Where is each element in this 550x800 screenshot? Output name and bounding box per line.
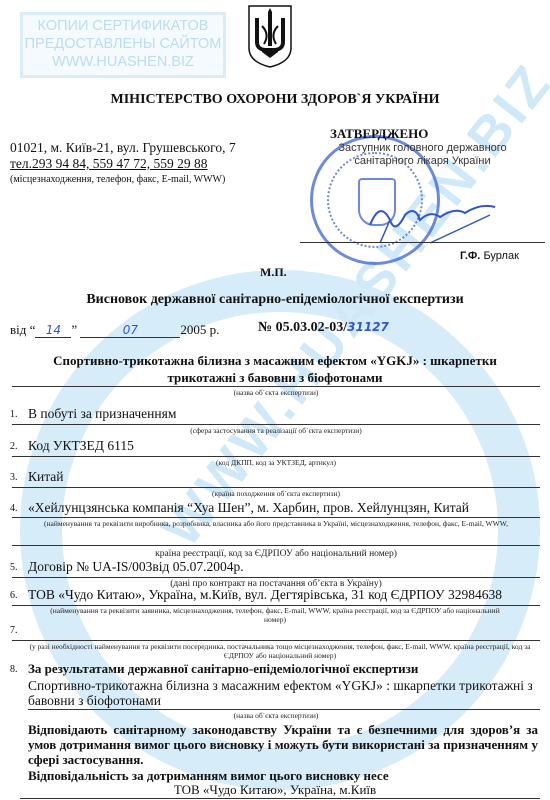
number-handwritten: 31127 <box>347 320 389 334</box>
ministry-address: 01021, м. Київ-21, вул. Грушевського, 7 … <box>10 140 236 188</box>
product-line: Спортивно-трикотажна білизна з масажним … <box>0 352 550 369</box>
divider <box>12 424 540 425</box>
address-caption: (місцезнаходження, телефон, факс, E-mail… <box>10 172 236 188</box>
product-caption: (назва об`єкта експертизи) <box>12 388 540 397</box>
watermark-line: ПРЕДОСТАВЛЕНЫ САЙТОМ <box>23 35 223 53</box>
conclusion-text: Відповідають санітарному законодавству У… <box>28 722 538 767</box>
item-number: 5. <box>10 562 18 573</box>
watermark-line: КОПИИ СЕРТИФИКАТОВ <box>23 17 223 35</box>
responsibility-label: Відповідальність за дотриманням вимог ць… <box>28 768 538 783</box>
item-value: Спортивно-трикотажна білизна з масажним … <box>28 678 540 708</box>
ministry-heading: МІНІСТЕРСТВО ОХОРОНИ ЗДОРОВ`Я УКРАЇНИ <box>0 92 550 108</box>
signer-name: Бурлак <box>483 250 518 262</box>
item-value: Договір № UA-IS/003від 05.07.2004р. <box>28 559 244 575</box>
trident-icon <box>246 4 294 68</box>
item-value: Китай <box>28 469 64 485</box>
item-number: 8. <box>10 664 18 675</box>
divider <box>12 640 540 641</box>
watermark-line: WWW.HUASHEN.BIZ <box>23 53 223 71</box>
divider <box>12 577 540 578</box>
item-heading: За результатами державної санітарно-епід… <box>28 661 418 677</box>
approved-label: ЗАТВЕРДЖЕНО <box>330 126 428 142</box>
document-title: Висновок державної санітарно-епідеміолог… <box>0 292 550 308</box>
signer: Г.Ф. Бурлак <box>460 250 519 262</box>
number-prefix: № 05.03.02-03/ <box>258 320 347 335</box>
item-value: Код УКТЗЕД 6115 <box>28 438 134 454</box>
approver-position: Заступник головного державного санітарно… <box>300 142 545 168</box>
signature-icon <box>360 195 500 245</box>
phone-line: тел.293 94 84, 559 47 72, 559 29 88 <box>10 156 236 172</box>
item-caption: (найменування та реквізити заявника, міс… <box>40 606 510 624</box>
item-value: «Хейлунцзянська компанія “Хуа Шен”, м. Х… <box>28 500 469 516</box>
date-year: 2005 р. <box>180 322 219 337</box>
item-value: В побуті за призначенням <box>28 406 176 422</box>
item-number: 1. <box>10 409 18 420</box>
signer-initials: Г.Ф. <box>460 250 480 262</box>
item-caption: (код ДКПП, код за УКТЗЕД, артикул) <box>12 458 540 467</box>
divider <box>12 545 540 546</box>
divider <box>28 709 540 710</box>
item-number: 2. <box>10 441 18 452</box>
divider <box>12 456 540 457</box>
seal-place-label: М.П. <box>260 265 287 280</box>
document-number: № 05.03.02-03/31127 <box>258 320 389 336</box>
divider <box>12 386 540 387</box>
item-caption: (найменування та реквізити виробника, ро… <box>12 519 540 528</box>
issue-date: від “14” 072005 р. <box>10 322 219 338</box>
watermark-box: КОПИИ СЕРТИФИКАТОВ ПРЕДОСТАВЛЕНЫ САЙТОМ … <box>20 12 226 78</box>
item-number: 4. <box>10 503 18 514</box>
position-line: санітарного лікаря України <box>300 155 545 168</box>
item-number: 6. <box>10 590 18 601</box>
date-quote: ” <box>71 322 77 337</box>
divider <box>12 517 540 518</box>
item-caption: (у разі необхідності найменування та рек… <box>20 642 540 660</box>
date-prefix: від “ <box>10 322 35 337</box>
product-line: трикотажні з бавовни з біофотонами <box>0 369 550 386</box>
signature-line <box>300 242 545 243</box>
item-caption: (назва об`єкта експертизи) <box>12 711 540 720</box>
item-caption: (сфера застосування та реалізації об`єкт… <box>12 426 540 435</box>
item-number: 3. <box>10 472 18 483</box>
product-name: Спортивно-трикотажна білизна з масажним … <box>0 352 550 386</box>
address-line: 01021, м. Київ-21, вул. Грушевського, 7 <box>10 140 236 156</box>
divider <box>20 798 540 799</box>
item-caption: (країна походження об`єкта експертизи) <box>12 489 540 498</box>
date-month: 07 <box>80 323 180 338</box>
item-number: 7. <box>10 625 18 636</box>
date-day: 14 <box>35 323 71 338</box>
position-line: Заступник головного державного <box>300 142 545 155</box>
item-value: ТОВ «Чудо Китаю», Україна, м.Київ, вул. … <box>28 587 502 603</box>
divider <box>12 487 540 488</box>
responsible-party: ТОВ «Чудо Китаю», Україна, м.Київ <box>0 782 550 798</box>
